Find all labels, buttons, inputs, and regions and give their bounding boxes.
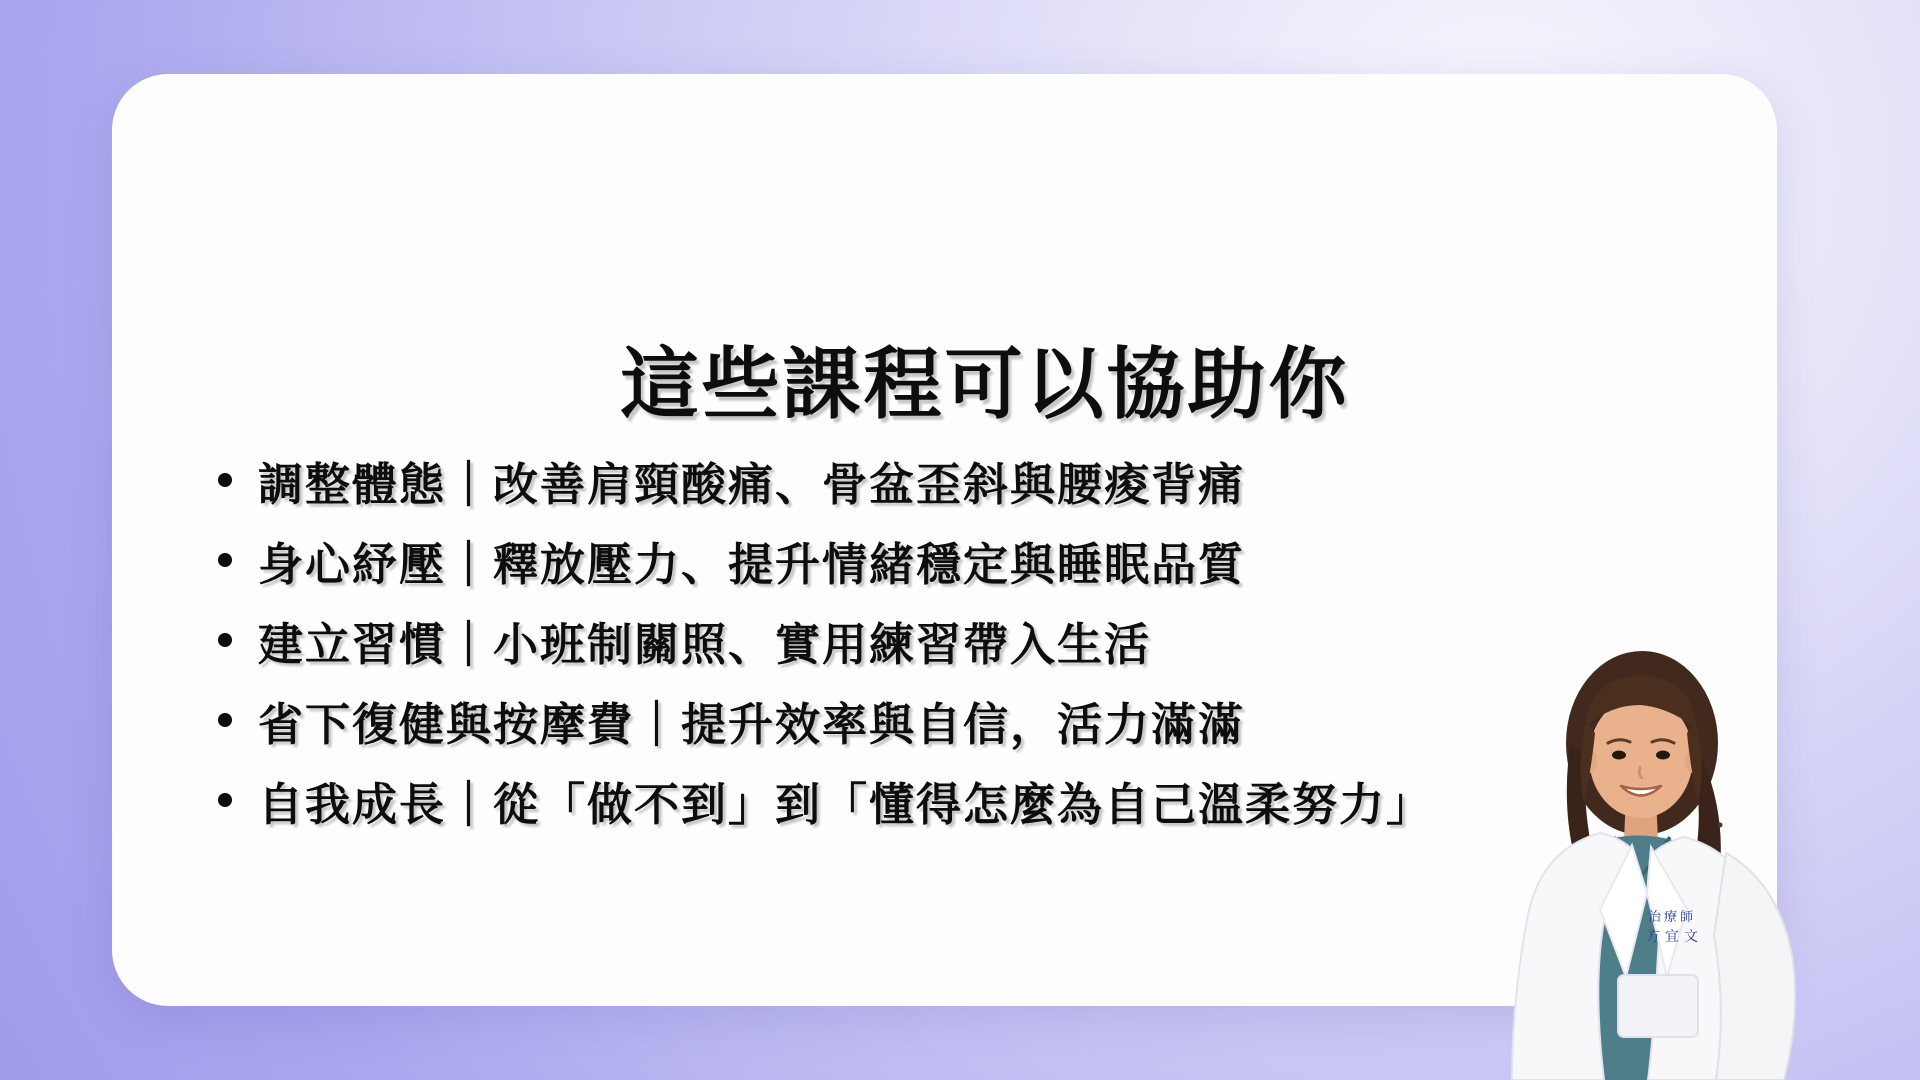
bullet-dot: [218, 473, 232, 487]
eye: [1656, 751, 1670, 760]
bullet-item: 自我成長｜從「做不到」到「懂得怎麼為自己溫柔努力」: [218, 760, 1433, 840]
bullet-item: 調整體態｜改善肩頸酸痛、骨盆歪斜與腰痠背痛: [218, 440, 1433, 520]
bullet-dot: [218, 553, 232, 567]
coat-embroidery-title: 治療師: [1648, 910, 1696, 925]
bullet-item: 身心紓壓｜釋放壓力、提升情緒穩定與睡眠品質: [218, 520, 1433, 600]
bullet-list: 調整體態｜改善肩頸酸痛、骨盆歪斜與腰痠背痛 身心紓壓｜釋放壓力、提升情緒穩定與睡…: [218, 440, 1433, 840]
eye: [1612, 751, 1626, 760]
bullet-dot: [218, 713, 232, 727]
bullet-item: 建立習慣｜小班制關照、實用練習帶入生活: [218, 600, 1433, 680]
slide-title: 這些課程可以協助你: [322, 322, 1648, 434]
speck: [1718, 823, 1723, 828]
bullet-dot: [218, 633, 232, 647]
bullet-text: 省下復健與按摩費｜提升效率與自信，活力滿滿: [258, 688, 1245, 753]
coat-sleeve: [1714, 853, 1795, 1080]
bullet-text: 調整體態｜改善肩頸酸痛、骨盆歪斜與腰痠背痛: [258, 448, 1245, 513]
bullet-text: 身心紓壓｜釋放壓力、提升情緒穩定與睡眠品質: [258, 528, 1245, 593]
bullet-item: 省下復健與按摩費｜提升效率與自信，活力滿滿: [218, 680, 1433, 760]
bullet-text: 自我成長｜從「做不到」到「懂得怎麼為自己溫柔努力」: [258, 768, 1433, 833]
instructor-photo: 治療師 方宜文: [1500, 645, 1820, 1080]
coat-pocket: [1618, 975, 1698, 1037]
bullet-dot: [218, 793, 232, 807]
coat-embroidery-name: 方宜文: [1646, 929, 1703, 945]
bullet-text: 建立習慣｜小班制關照、實用練習帶入生活: [258, 608, 1151, 673]
